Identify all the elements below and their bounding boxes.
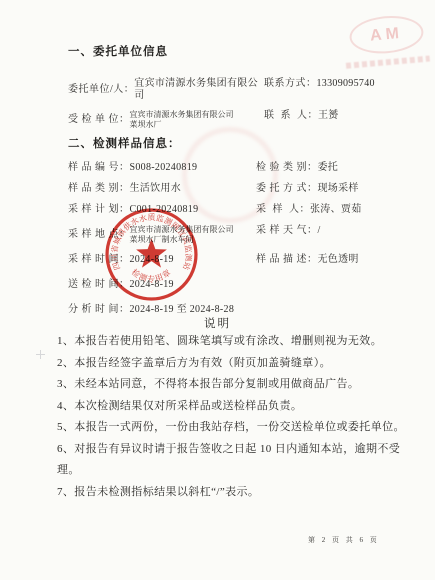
client-unit-label: 委托单位/人： xyxy=(68,84,134,96)
sampling-weather-cell: 采 样 天 气： / xyxy=(256,225,408,237)
inspected-unit-value: 宜宾市清源水务集团有限公司 菜坝水厂 xyxy=(130,110,234,130)
note-item-3: 3、未经本站同意，不得将本报告部分复制或用做商品广告。 xyxy=(57,374,407,396)
inspection-type-value: 委托 xyxy=(318,162,339,174)
sample-description-cell: 样 品 描 述： 无色透明 xyxy=(256,254,408,266)
sampler-cell: 采 样 人： 张涛、贾茹 xyxy=(256,204,408,216)
sample-description-value: 无色透明 xyxy=(318,254,359,266)
inspected-unit-value-line1: 宜宾市清源水务集团有限公司 xyxy=(130,110,234,120)
entrust-method-cell: 委 托 方 式： 现场采样 xyxy=(256,183,408,195)
sampler-label: 采 样 人： xyxy=(256,204,310,216)
report-page: AM 一、委托单位信息 委托单位/人： 宜宾市清源水务集团有限公司 联系方式： … xyxy=(0,0,435,580)
registration-cross-mark xyxy=(36,350,45,359)
note-item-7: 7、报告未检测指标结果以斜杠“/”表示。 xyxy=(57,482,407,504)
inspected-unit-value-line2: 菜坝水厂 xyxy=(130,120,234,130)
inspected-unit-label: 受 检 单 位： xyxy=(68,114,130,126)
sample-number-value: S008-20240819 xyxy=(130,162,198,174)
page-footer: 第 2 页 共 6 页 xyxy=(308,535,379,545)
sample-number-cell: 样 品 编 号： S008-20240819 xyxy=(68,162,256,174)
note-item-6: 6、对报告有异议时请于报告签收之日起 10 日内通知本站，逾期不受理。 xyxy=(57,439,407,482)
section-title-sample-info: 二、检测样品信息： xyxy=(68,138,408,150)
contact-person-cell: 联 系 人： 王赟 xyxy=(264,110,408,122)
am-watermark-text: AM xyxy=(369,24,403,45)
section-title-client-info: 一、委托单位信息 xyxy=(68,46,408,58)
sample-category-label: 样 品 类 别： xyxy=(68,183,130,195)
inspected-unit-row: 受 检 单 位： 宜宾市清源水务集团有限公司 菜坝水厂 联 系 人： 王赟 xyxy=(68,110,408,130)
sample-category-value: 生活饮用水 xyxy=(130,183,182,195)
note-item-2: 2、本报告经签字盖章后方为有效（附页加盖骑缝章）。 xyxy=(57,353,407,375)
contact-person-value: 王赟 xyxy=(318,110,339,122)
notes-title: 说明 xyxy=(0,315,435,331)
sample-description-label: 样 品 描 述： xyxy=(256,254,318,266)
contact-phone-value: 13309095740 xyxy=(317,78,375,90)
sampling-weather-value: / xyxy=(318,225,321,237)
note-item-4: 4、本次检测结果仅对所采样品或送检样品负责。 xyxy=(57,396,407,418)
stamp-bottom-text: 检测专用章 xyxy=(130,267,174,284)
client-unit-cell: 委托单位/人： 宜宾市清源水务集团有限公司 xyxy=(68,78,264,102)
official-stamp: 四川省城镇供水水质监测网宜宾监测站 检测专用章 xyxy=(103,206,200,303)
official-stamp-svg: 四川省城镇供水水质监测网宜宾监测站 检测专用章 xyxy=(103,206,200,303)
inspected-unit-cell: 受 检 单 位： 宜宾市清源水务集团有限公司 菜坝水厂 xyxy=(68,110,264,130)
sample-category-cell: 样 品 类 别： 生活饮用水 xyxy=(68,183,256,195)
inspection-type-label: 检 验 类 别： xyxy=(256,162,318,174)
sample-number-row: 样 品 编 号： S008-20240819 检 验 类 别： 委托 xyxy=(68,162,408,174)
client-unit-row: 委托单位/人： 宜宾市清源水务集团有限公司 联系方式： 13309095740 xyxy=(68,78,408,102)
sample-category-row: 样 品 类 别： 生活饮用水 委 托 方 式： 现场采样 xyxy=(68,183,408,195)
note-item-5: 5、本报告一式两份，一份由我站存档，一份交送检单位或委托单位。 xyxy=(57,417,407,439)
sampler-value: 张涛、贾茹 xyxy=(310,204,362,216)
inspection-type-cell: 检 验 类 别： 委托 xyxy=(256,162,408,174)
notes-list: 1、本报告若使用铅笔、圆珠笔填写或有涂改、增删则视为无效。 2、本报告经签字盖章… xyxy=(57,331,407,503)
svg-text:检测专用章: 检测专用章 xyxy=(130,267,174,284)
contact-phone-label: 联系方式： xyxy=(264,78,317,90)
entrust-method-value: 现场采样 xyxy=(318,183,359,195)
contact-phone-cell: 联系方式： 13309095740 xyxy=(264,78,408,90)
entrust-method-label: 委 托 方 式： xyxy=(256,183,318,195)
note-item-1: 1、本报告若使用铅笔、圆珠笔填写或有涂改、增删则视为无效。 xyxy=(57,331,407,353)
sampling-weather-label: 采 样 天 气： xyxy=(256,225,318,237)
contact-person-label: 联 系 人： xyxy=(264,110,318,122)
stamp-star-icon xyxy=(136,238,167,267)
client-unit-value: 宜宾市清源水务集团有限公司 xyxy=(134,78,264,102)
sample-number-label: 样 品 编 号： xyxy=(68,162,130,174)
